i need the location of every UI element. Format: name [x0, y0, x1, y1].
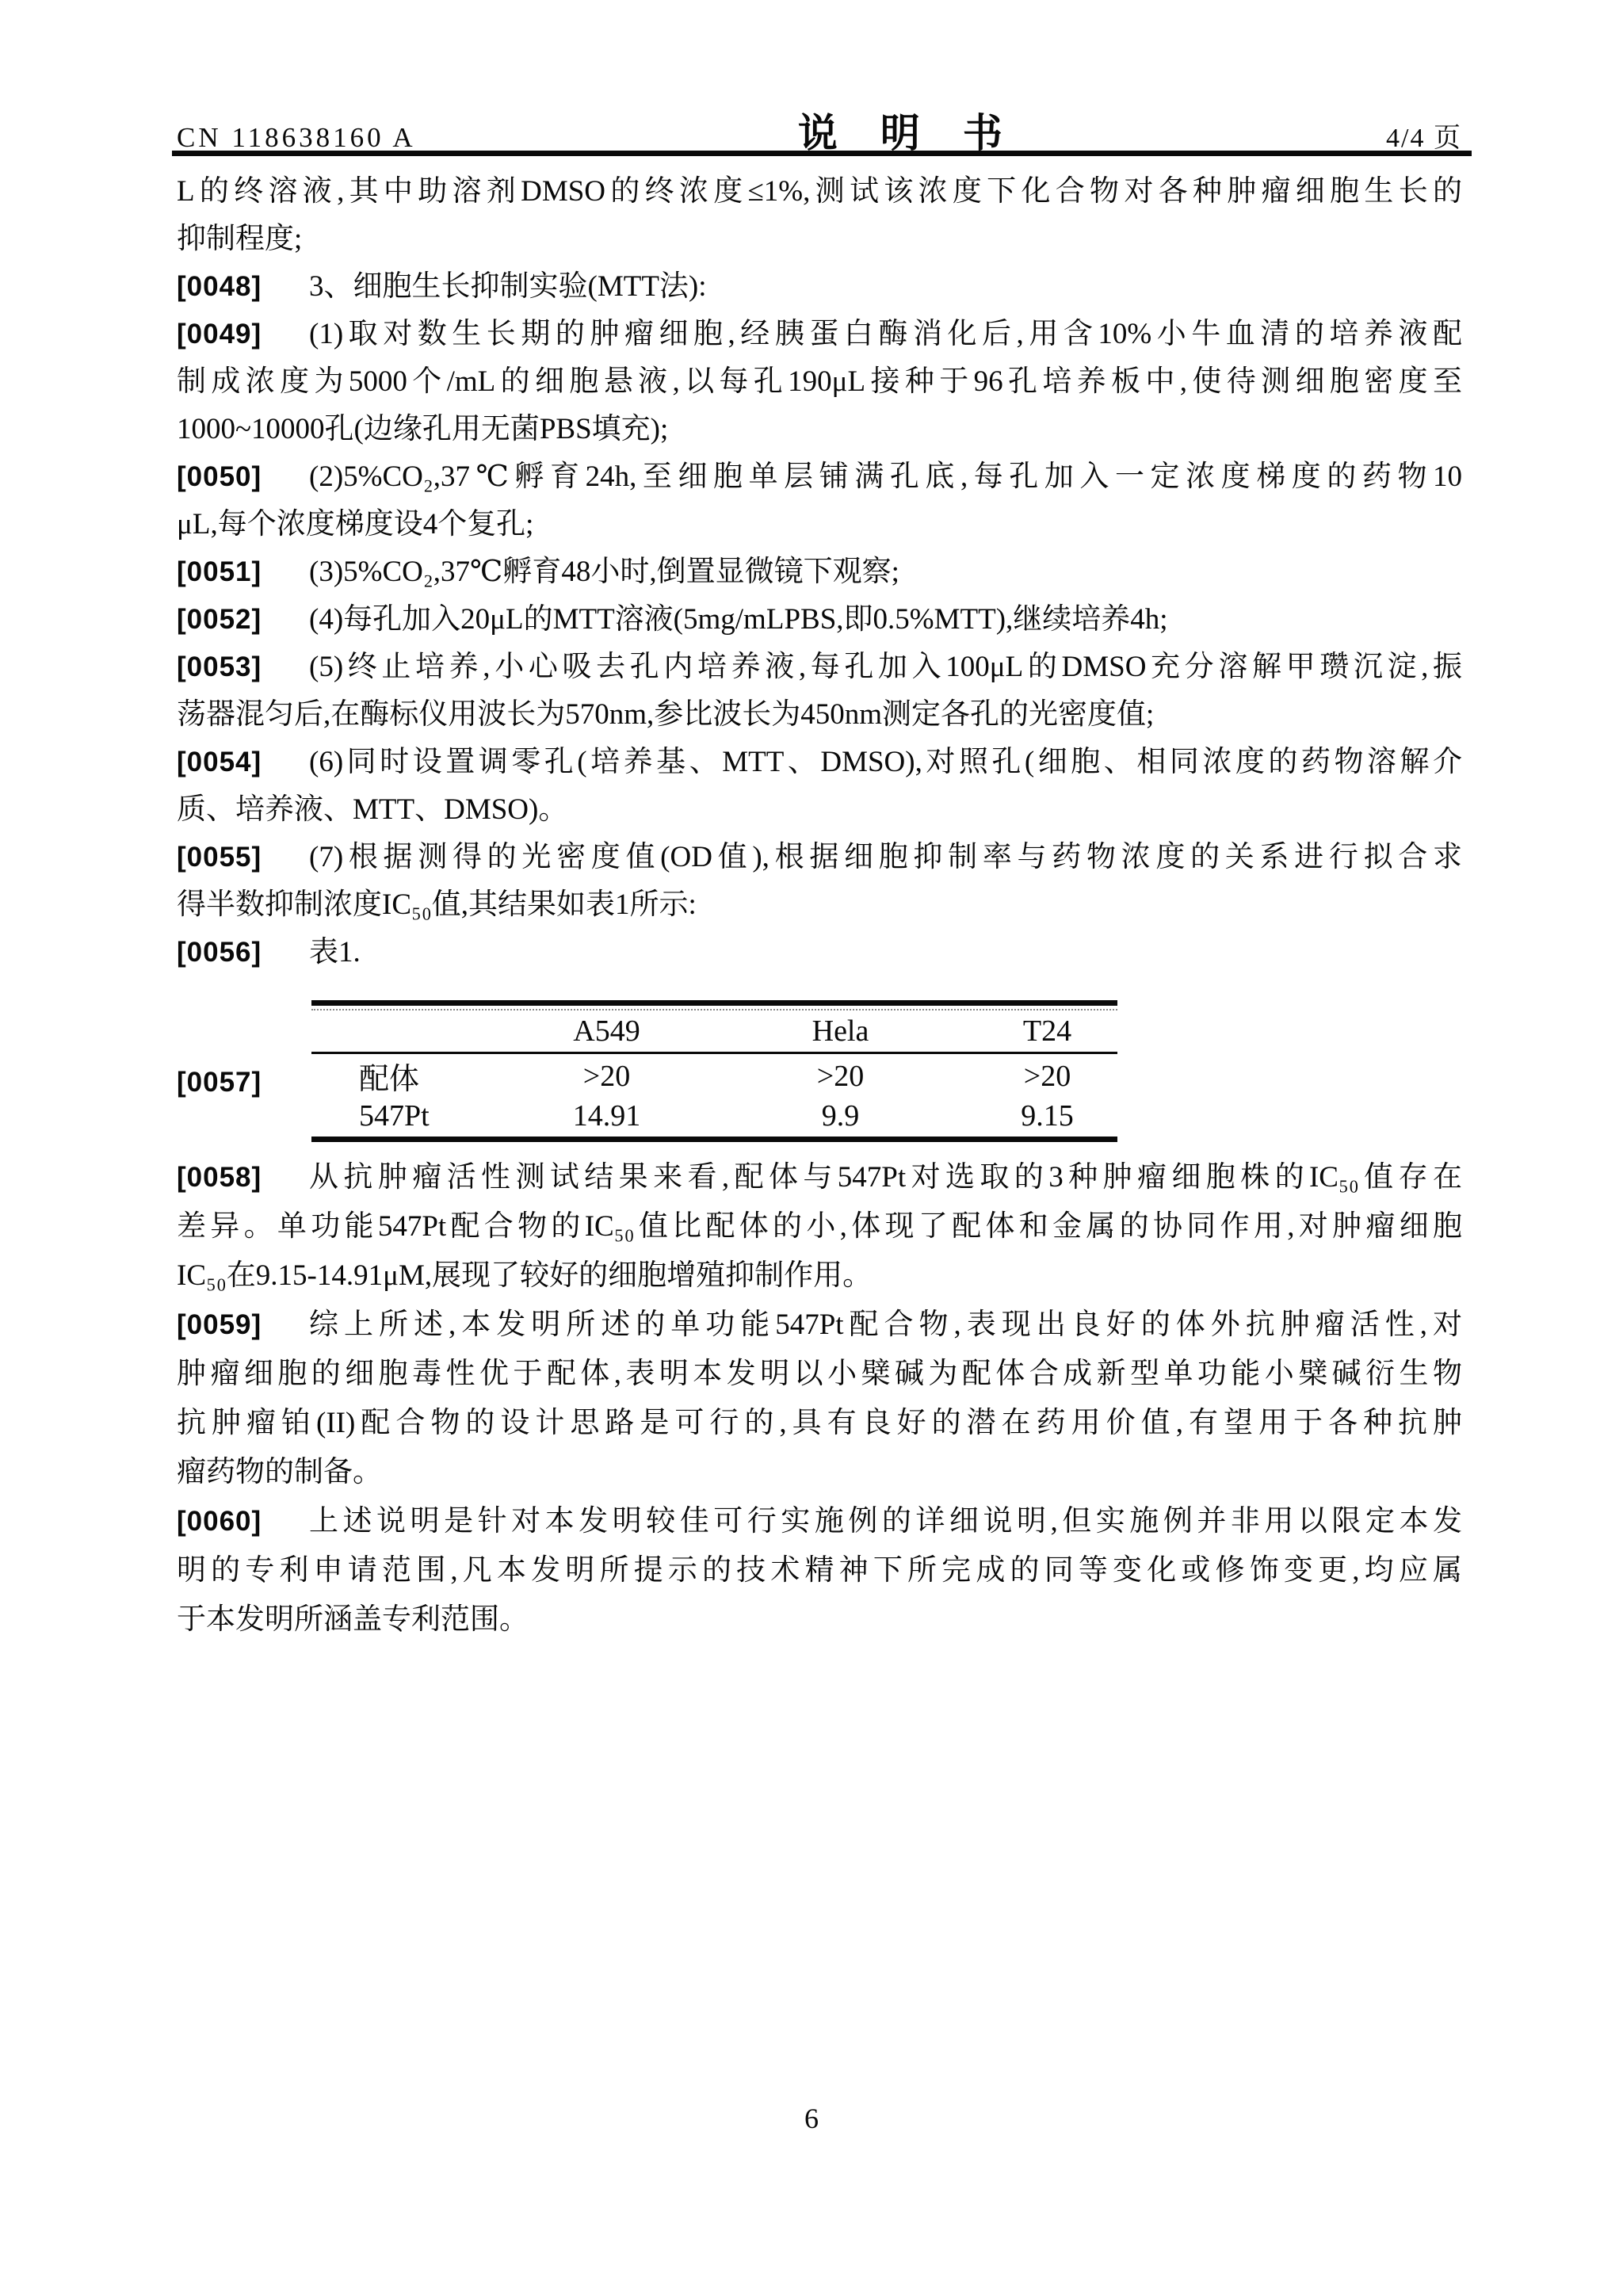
para-line-text: 3、细胞生长抑制实验(MTT法):: [309, 270, 707, 303]
para-line: 1000~10000孔(边缘孔用无菌PBS填充);: [177, 406, 1462, 453]
para-line: L的终溶液,其中助溶剂DMSO的终浓度≤1%,测试该浓度下化合物对各种肿瘤细胞生…: [177, 168, 1462, 216]
table-cell: >20: [704, 1059, 977, 1094]
para-line-text: 肿瘤细胞的细胞毒性优于配体,表明本发明以小檗碱为配体合成新型单功能小檗碱衍生物: [177, 1358, 1462, 1390]
para-line-text: (3)5%CO₂,37℃孵育48小时,倒置显微镜下观察;: [309, 556, 899, 588]
para-line-text: μL,每个浓度梯度设4个复孔;: [177, 508, 533, 541]
paragraph-0059: [0059] 综上所述,本发明所述的单功能547Pt配合物,表现出良好的体外抗肿…: [177, 1301, 1462, 1497]
para-line-text: IC₅₀在9.15-14.91μM,展现了较好的细胞增殖抑制作用。: [177, 1259, 872, 1292]
paragraph-0048: [0048] 3、细胞生长抑制实验(MTT法):: [177, 263, 1462, 311]
paragraph-0058: [0058] 从抗肿瘤活性测试结果来看,配体与547Pt对选取的3种肿瘤细胞株的…: [177, 1153, 1462, 1301]
table-cell: 9.15: [977, 1098, 1117, 1133]
table-1: A549 Hela T24 配体 >20 >20 >20 547Pt 14.91…: [311, 1000, 1117, 1142]
para-line: [0056] 表1.: [177, 929, 1462, 976]
body-section-after-table: [0058] 从抗肿瘤活性测试结果来看,配体与547Pt对选取的3种肿瘤细胞株的…: [177, 1153, 1462, 1645]
para-tag: [0050]: [177, 453, 262, 501]
table-caption-text: 表1.: [309, 936, 361, 968]
para-line: 质、培养液、MTT、DMSO)。: [177, 786, 1462, 834]
para-tag: [0059]: [177, 1301, 262, 1350]
para-tag: [0054]: [177, 739, 262, 786]
table-1-wrapper: [0057] A549 Hela T24 配体 >20 >20 >20 547P…: [311, 1000, 1117, 1142]
para-line-text: 抑制程度;: [177, 223, 302, 255]
table-header-cell-t24: T24: [977, 1014, 1117, 1049]
footer-page-number: 6: [0, 2102, 1623, 2135]
header-rule: [172, 151, 1472, 156]
para-tag-0057: [0057]: [177, 1062, 262, 1103]
para-line: [0059] 综上所述,本发明所述的单功能547Pt配合物,表现出良好的体外抗肿…: [177, 1301, 1462, 1350]
paragraph-0052: [0052] (4)每孔加入20μL的MTT溶液(5mg/mLPBS,即0.5%…: [177, 596, 1462, 644]
table-row-label: 配体: [311, 1054, 510, 1098]
para-tag: [0060]: [177, 1497, 262, 1546]
para-line: 明的专利申请范围,凡本发明所提示的技术精神下所完成的同等变化或修饰变更,均应属: [177, 1546, 1462, 1595]
table-header-cell-hela: Hela: [704, 1014, 977, 1049]
para-line: 抗肿瘤铂(II)配合物的设计思路是可行的,具有良好的潜在药用价值,有望用于各种抗…: [177, 1399, 1462, 1448]
para-line: 肿瘤细胞的细胞毒性优于配体,表明本发明以小檗碱为配体合成新型单功能小檗碱衍生物: [177, 1350, 1462, 1399]
para-line: [0050] (2)5%CO₂,37℃孵育24h,至细胞单层铺满孔底,每孔加入一…: [177, 453, 1462, 501]
para-line: [0049] (1)取对数生长期的肿瘤细胞,经胰蛋白酶消化后,用含10%小牛血清…: [177, 311, 1462, 358]
paragraph-0049: [0049] (1)取对数生长期的肿瘤细胞,经胰蛋白酶消化后,用含10%小牛血清…: [177, 311, 1462, 453]
paragraph-0060: [0060] 上述说明是针对本发明较佳可行实施例的详细说明,但实施例并非用以限定…: [177, 1497, 1462, 1645]
body-section-before-table: L的终溶液,其中助溶剂DMSO的终浓度≤1%,测试该浓度下化合物对各种肿瘤细胞生…: [177, 168, 1462, 976]
paragraph-0054: [0054] (6)同时设置调零孔(培养基、MTT、DMSO),对照孔(细胞、相…: [177, 739, 1462, 834]
para-tag: [0056]: [177, 929, 262, 976]
table-cell: >20: [977, 1059, 1117, 1094]
page-header: CN 118638160 A 说 明 书 4/4 页: [177, 101, 1462, 149]
para-line-text: L的终溶液,其中助溶剂DMSO的终浓度≤1%,测试该浓度下化合物对各种肿瘤细胞生…: [177, 175, 1462, 208]
para-line: 得半数抑制浓度IC₅₀值,其结果如表1所示:: [177, 881, 1462, 929]
para-line: 抑制程度;: [177, 216, 1462, 263]
para-tag: [0053]: [177, 644, 262, 691]
para-line-text: 综上所述,本发明所述的单功能547Pt配合物,表现出良好的体外抗肿瘤活性,对: [309, 1308, 1462, 1341]
table-cell: 9.9: [704, 1098, 977, 1133]
paragraph-0051: [0051] (3)5%CO₂,37℃孵育48小时,倒置显微镜下观察;: [177, 548, 1462, 596]
para-line-text: 荡器混匀后,在酶标仪用波长为570nm,参比波长为450nm测定各孔的光密度值;: [177, 698, 1154, 731]
para-line-text: 差异。单功能547Pt配合物的IC₅₀值比配体的小,体现了配体和金属的协同作用,…: [177, 1210, 1462, 1243]
para-line-text: (2)5%CO₂,37℃孵育24h,至细胞单层铺满孔底,每孔加入一定浓度梯度的药…: [309, 460, 1462, 493]
para-line: [0060] 上述说明是针对本发明较佳可行实施例的详细说明,但实施例并非用以限定…: [177, 1497, 1462, 1546]
table-header-cell-a549: A549: [510, 1014, 704, 1049]
para-line-text: 明的专利申请范围,凡本发明所提示的技术精神下所完成的同等变化或修饰变更,均应属: [177, 1554, 1462, 1587]
para-line: μL,每个浓度梯度设4个复孔;: [177, 501, 1462, 548]
para-line-text: 质、培养液、MTT、DMSO)。: [177, 793, 567, 826]
para-tag: [0049]: [177, 311, 262, 358]
para-line: [0054] (6)同时设置调零孔(培养基、MTT、DMSO),对照孔(细胞、相…: [177, 739, 1462, 786]
paragraph-0055: [0055] (7)根据测得的光密度值(OD值),根据细胞抑制率与药物浓度的关系…: [177, 834, 1462, 929]
para-tag: [0051]: [177, 548, 262, 596]
para-line: IC₅₀在9.15-14.91μM,展现了较好的细胞增殖抑制作用。: [177, 1251, 1462, 1301]
table-row-label: 547Pt: [311, 1098, 510, 1133]
para-line-text: 得半数抑制浓度IC₅₀值,其结果如表1所示:: [177, 888, 697, 921]
para-line-text: 上述说明是针对本发明较佳可行实施例的详细说明,但实施例并非用以限定本发: [309, 1505, 1462, 1538]
para-line-text: (1)取对数生长期的肿瘤细胞,经胰蛋白酶消化后,用含10%小牛血清的培养液配: [309, 318, 1462, 350]
paragraph-continued: L的终溶液,其中助溶剂DMSO的终浓度≤1%,测试该浓度下化合物对各种肿瘤细胞生…: [177, 168, 1462, 263]
para-line: [0053] (5)终止培养,小心吸去孔内培养液,每孔加入100μL的DMSO充…: [177, 644, 1462, 691]
paragraph-0053: [0053] (5)终止培养,小心吸去孔内培养液,每孔加入100μL的DMSO充…: [177, 644, 1462, 739]
para-line-text: 制成浓度为5000个/mL的细胞悬液,以每孔190μL接种于96孔培养板中,使待…: [177, 365, 1462, 398]
paragraph-0050: [0050] (2)5%CO₂,37℃孵育24h,至细胞单层铺满孔底,每孔加入一…: [177, 453, 1462, 548]
patent-page: CN 118638160 A 说 明 书 4/4 页 L的终溶液,其中助溶剂DM…: [0, 0, 1623, 2296]
para-line-text: (7)根据测得的光密度值(OD值),根据细胞抑制率与药物浓度的关系进行拟合求: [309, 841, 1462, 873]
table-cell: 14.91: [510, 1098, 704, 1133]
para-line-text: (6)同时设置调零孔(培养基、MTT、DMSO),对照孔(细胞、相同浓度的药物溶…: [309, 746, 1462, 778]
para-tag: [0058]: [177, 1153, 262, 1202]
table-cell: >20: [510, 1059, 704, 1094]
para-line: [0052] (4)每孔加入20μL的MTT溶液(5mg/mLPBS,即0.5%…: [177, 596, 1462, 644]
para-tag: [0048]: [177, 263, 262, 311]
para-line: [0058] 从抗肿瘤活性测试结果来看,配体与547Pt对选取的3种肿瘤细胞株的…: [177, 1153, 1462, 1202]
para-line: [0051] (3)5%CO₂,37℃孵育48小时,倒置显微镜下观察;: [177, 548, 1462, 596]
para-line: 差异。单功能547Pt配合物的IC₅₀值比配体的小,体现了配体和金属的协同作用,…: [177, 1202, 1462, 1251]
para-line-text: 抗肿瘤铂(II)配合物的设计思路是可行的,具有良好的潜在药用价值,有望用于各种抗…: [177, 1407, 1462, 1439]
document-body: L的终溶液,其中助溶剂DMSO的终浓度≤1%,测试该浓度下化合物对各种肿瘤细胞生…: [177, 168, 1462, 1645]
para-line: 荡器混匀后,在酶标仪用波长为570nm,参比波长为450nm测定各孔的光密度值;: [177, 691, 1462, 739]
para-line-text: (5)终止培养,小心吸去孔内培养液,每孔加入100μL的DMSO充分溶解甲瓒沉淀…: [309, 651, 1462, 683]
para-line-text: 从抗肿瘤活性测试结果来看,配体与547Pt对选取的3种肿瘤细胞株的IC₅₀值存在: [309, 1161, 1462, 1194]
para-line: 瘤药物的制备。: [177, 1448, 1462, 1497]
page-indicator: 4/4 页: [1386, 116, 1462, 155]
para-line: [0055] (7)根据测得的光密度值(OD值),根据细胞抑制率与药物浓度的关系…: [177, 834, 1462, 881]
para-tag: [0052]: [177, 596, 262, 644]
para-tag: [0055]: [177, 834, 262, 881]
para-line: 于本发明所涵盖专利范围。: [177, 1595, 1462, 1645]
para-line-text: 于本发明所涵盖专利范围。: [177, 1603, 529, 1636]
para-line-text: 瘤药物的制备。: [177, 1456, 382, 1488]
para-line-text: 1000~10000孔(边缘孔用无菌PBS填充);: [177, 413, 668, 445]
table-header-row: A549 Hela T24: [311, 1010, 1117, 1054]
document-number: CN 118638160 A: [177, 122, 416, 154]
para-line-text: (4)每孔加入20μL的MTT溶液(5mg/mLPBS,即0.5%MTT),继续…: [309, 603, 1168, 636]
table-row-ligand: 配体 >20 >20 >20: [311, 1054, 1117, 1095]
para-line: [0048] 3、细胞生长抑制实验(MTT法):: [177, 263, 1462, 311]
para-line: 制成浓度为5000个/mL的细胞悬液,以每孔190μL接种于96孔培养板中,使待…: [177, 358, 1462, 406]
paragraph-0056-table-caption: [0056] 表1.: [177, 929, 1462, 976]
table-row-547pt: 547Pt 14.91 9.9 9.15: [311, 1095, 1117, 1137]
